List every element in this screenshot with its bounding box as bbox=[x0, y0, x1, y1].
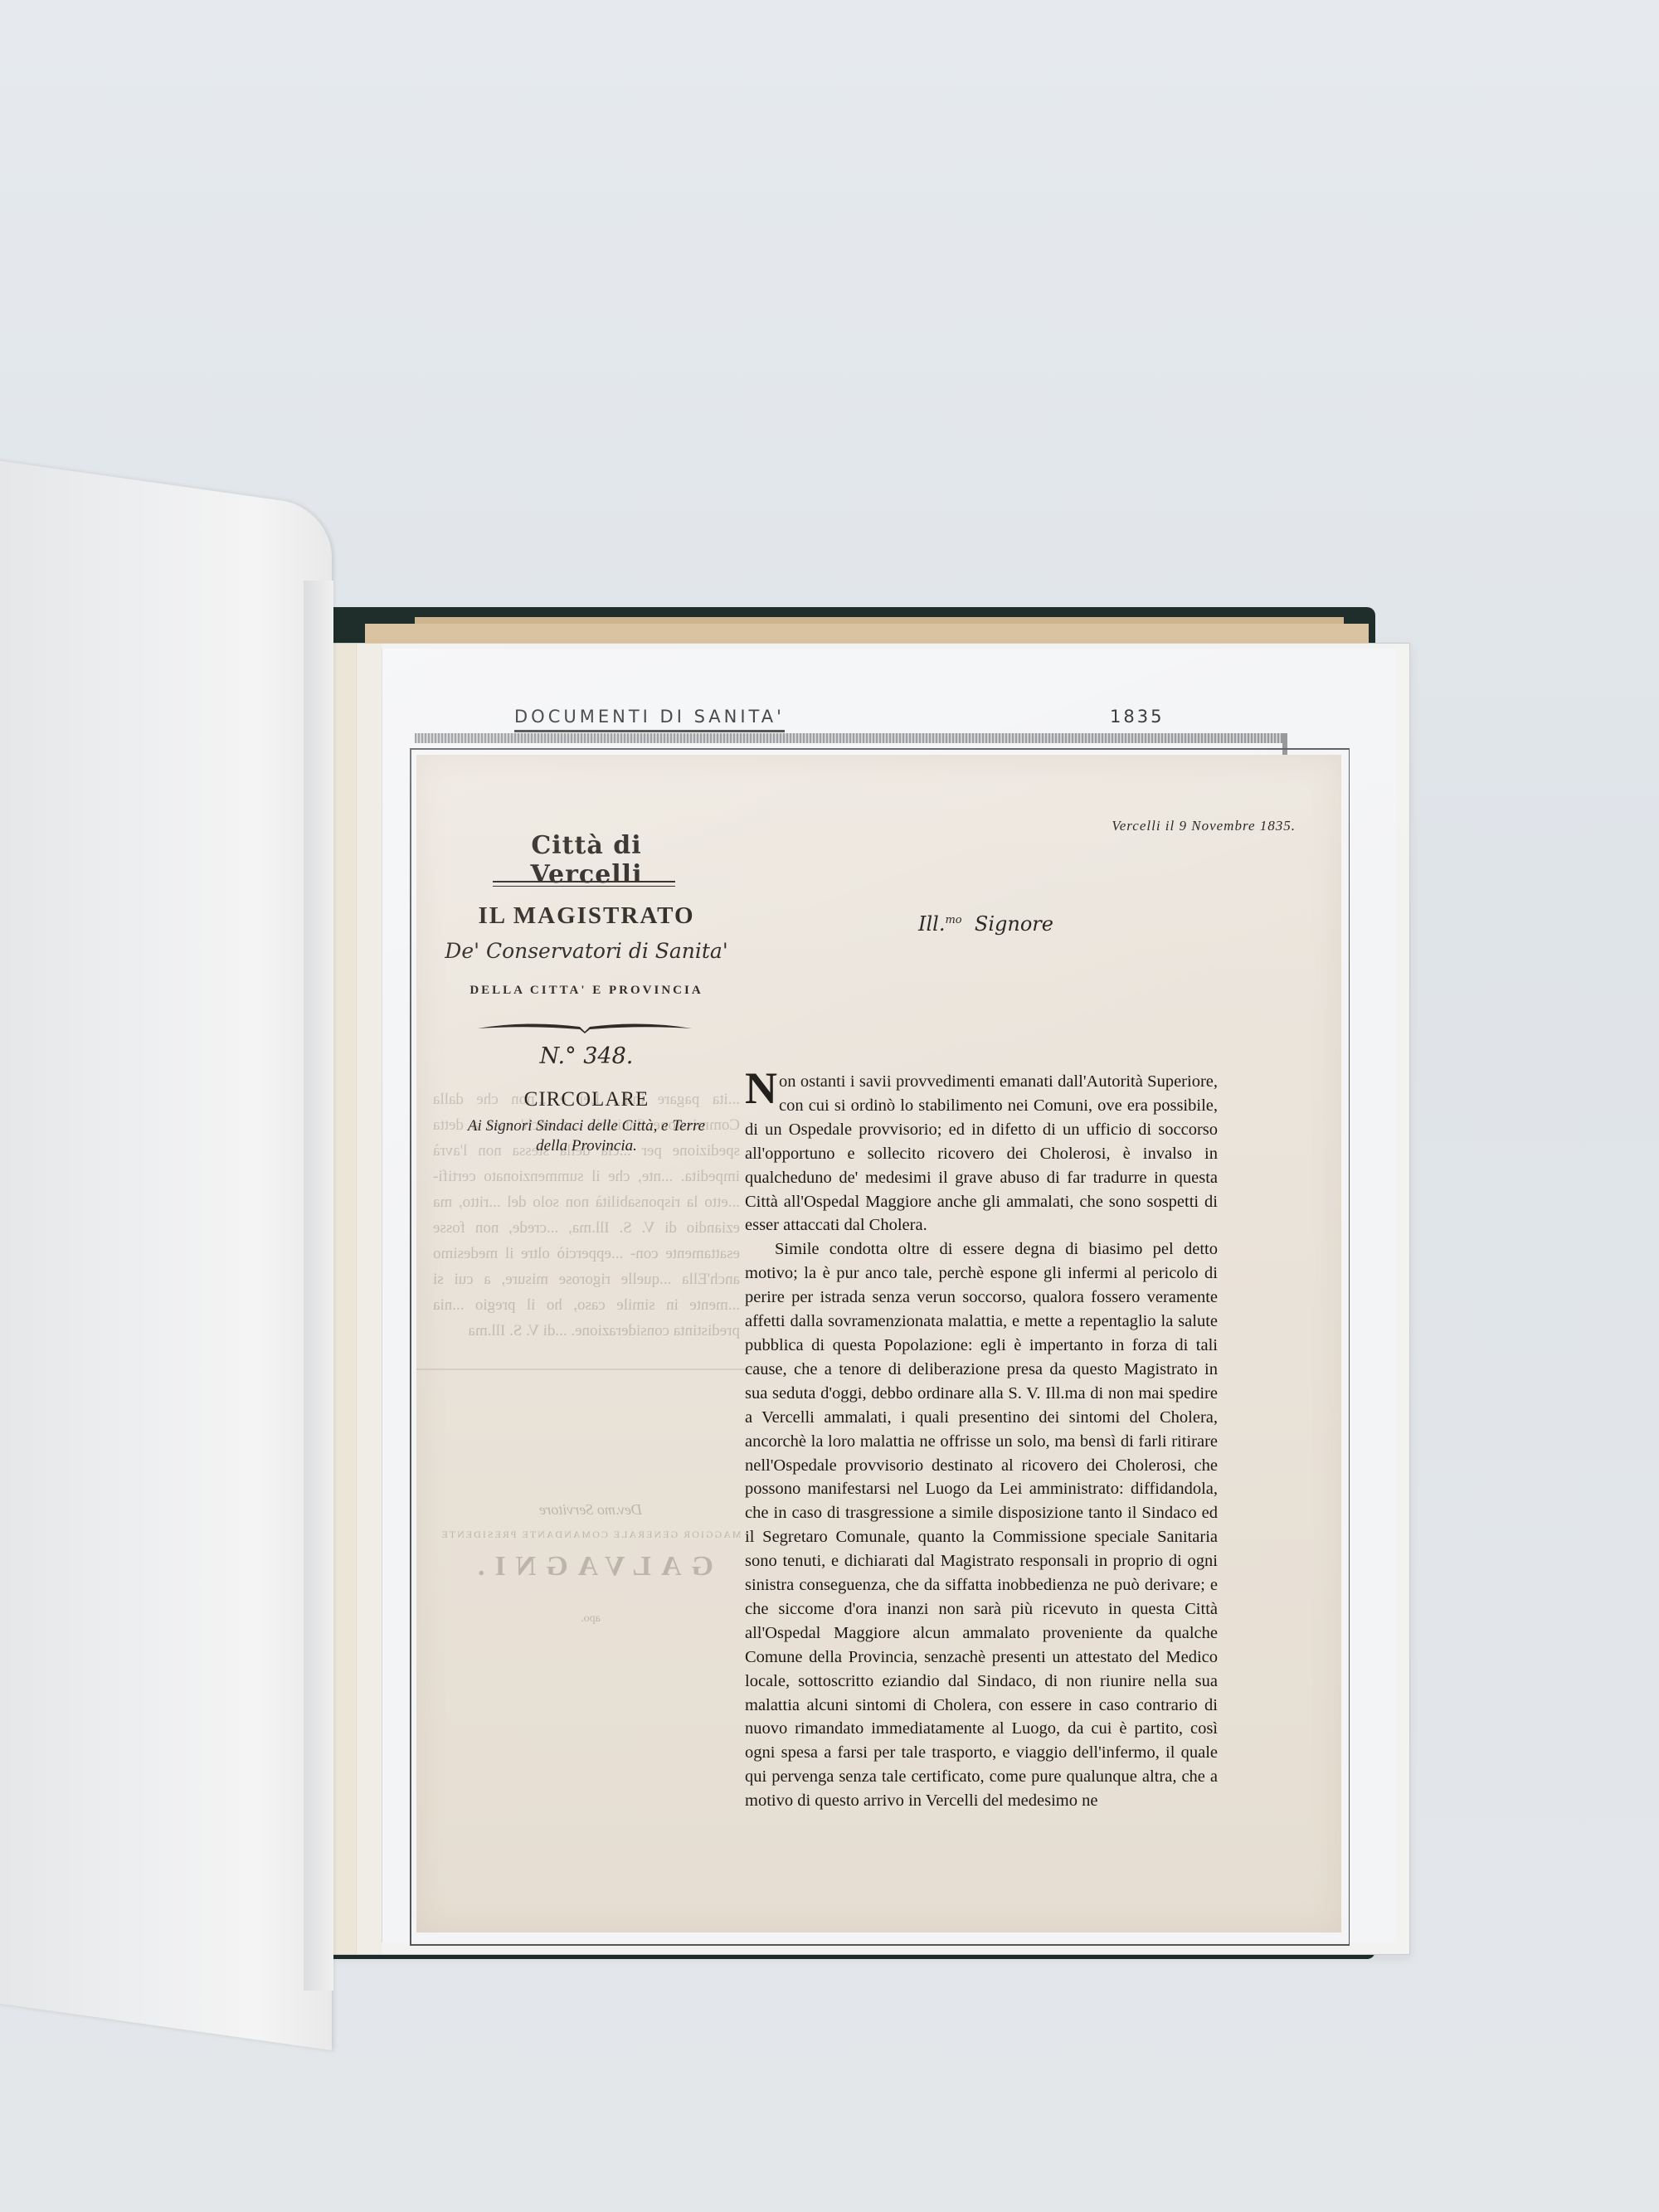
issuer-title: IL MAGISTRATO bbox=[450, 902, 723, 930]
paragraph-2: Simile condotta oltre di essere degna di… bbox=[745, 1237, 1218, 1813]
issuer-subtitle: De' Conservatori di Sanita' bbox=[441, 939, 732, 963]
paragraph-1-text: on ostanti i savii provvedimenti emanati… bbox=[745, 1072, 1218, 1234]
album-year: 1835 bbox=[1110, 707, 1164, 727]
jurisdiction: DELLA CITTA' E PROVINCIA bbox=[450, 984, 723, 998]
flourish-divider-icon bbox=[476, 1018, 693, 1035]
double-rule-divider bbox=[493, 881, 675, 887]
addressee-line-1: Ai Signori Sindaci delle Città, e Terre bbox=[433, 1116, 740, 1136]
showthrough-closing: Dev.mo Servitore bbox=[433, 1501, 748, 1519]
paragraph-1: Non ostanti i savii provvedimenti emanat… bbox=[745, 1070, 1218, 1237]
historical-document: ...ita pagare ind... Lei e ...non che da… bbox=[416, 755, 1341, 1932]
letter-body: Non ostanti i savii provvedimenti emanat… bbox=[745, 1070, 1218, 1813]
drop-cap: N bbox=[745, 1070, 777, 1106]
album-section-title: DOCUMENTI DI SANITA' bbox=[514, 707, 785, 732]
date-line: Vercelli il 9 Novembre 1835. bbox=[997, 818, 1296, 834]
document-type: CIRCOLARE bbox=[450, 1088, 723, 1111]
decorative-hatch-border bbox=[415, 733, 1287, 743]
showthrough-name: GALVAGNI. bbox=[433, 1551, 748, 1582]
turned-page-edge bbox=[304, 581, 333, 1991]
page-edge bbox=[356, 644, 382, 1954]
album-page-header: DOCUMENTI DI SANITA' 1835 bbox=[514, 707, 1178, 732]
turned-album-page[interactable] bbox=[0, 456, 332, 2050]
circular-number: N.° 348. bbox=[450, 1043, 723, 1069]
reverse-side-signature: Dev.mo Servitore MAGGIOR GENERALE COMAND… bbox=[433, 1501, 748, 1626]
salutation-sup: mo bbox=[945, 914, 961, 926]
salutation-title: Ill. bbox=[918, 912, 945, 936]
showthrough-mark: apo. bbox=[433, 1612, 748, 1626]
salutation-word: Signore bbox=[975, 912, 1053, 936]
addressee-line-2: della Provincia. bbox=[433, 1136, 740, 1156]
addressee: Ai Signori Sindaci delle Città, e Terre … bbox=[433, 1116, 740, 1156]
salutation: Ill.mo Signore bbox=[918, 912, 1053, 936]
showthrough-rank: MAGGIOR GENERALE COMANDANTE PRESIDENTE bbox=[433, 1529, 748, 1541]
fold-crease bbox=[416, 1369, 765, 1370]
